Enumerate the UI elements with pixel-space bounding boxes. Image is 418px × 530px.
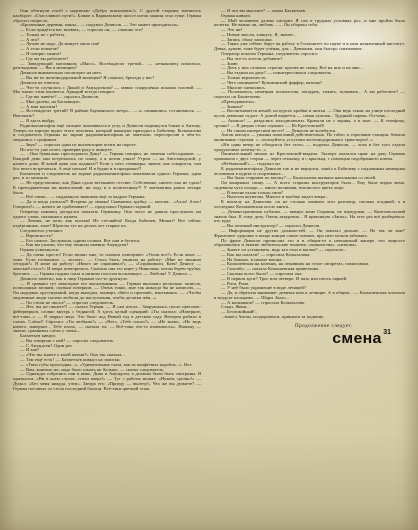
magazine-logo: смена bbox=[332, 337, 381, 342]
paragraph: — ...Она буквально преследовала Дину! — … bbox=[13, 152, 201, 171]
paragraph: — Однажды собрались они в кино, Дина и А… bbox=[13, 372, 201, 391]
paragraph: — Я сравнил тут некоторые его высказыван… bbox=[13, 282, 201, 301]
page-number: 31 bbox=[383, 329, 391, 336]
column-footer: Продолжение следует. смена31 bbox=[214, 324, 405, 345]
magazine-logo-row: смена31 bbox=[214, 331, 405, 345]
text-column-right: — И что вы мыслите? — начал Бахметьев.Ге… bbox=[214, 9, 405, 521]
paragraph: — Нет, вы не пишете?! — сказал Герман. —… bbox=[13, 305, 201, 334]
paragraph: — Демонстративная публика, — кивнул жене… bbox=[214, 210, 405, 224]
magazine-page-scan: Они обогнули столб с надписью «Добро пож… bbox=[0, 0, 418, 530]
paragraph: ...вошёл Антон, поздоровался, принялся з… bbox=[214, 315, 405, 320]
paragraph: — Да очень просто! Если звонят мне, то с… bbox=[13, 253, 201, 277]
paragraph: — Не представляли, как Дина сдала весенн… bbox=[13, 181, 201, 195]
paragraph: Радиомагнитофон ещё сильнее покачивался … bbox=[13, 124, 201, 143]
paragraph: Они обогнули столб с надписью «Добро пож… bbox=[13, 9, 201, 23]
text-column-right-paragraphs: — И что вы мыслите? — начал Бахметьев.Ге… bbox=[214, 9, 405, 320]
paragraph: — Мой человечек далеко смотрит. Я сам в … bbox=[214, 19, 405, 29]
text-column-left: Они обогнули столб с надписью «Добро пож… bbox=[13, 9, 201, 521]
continuation-notice: Продолжение следует. bbox=[214, 324, 405, 329]
